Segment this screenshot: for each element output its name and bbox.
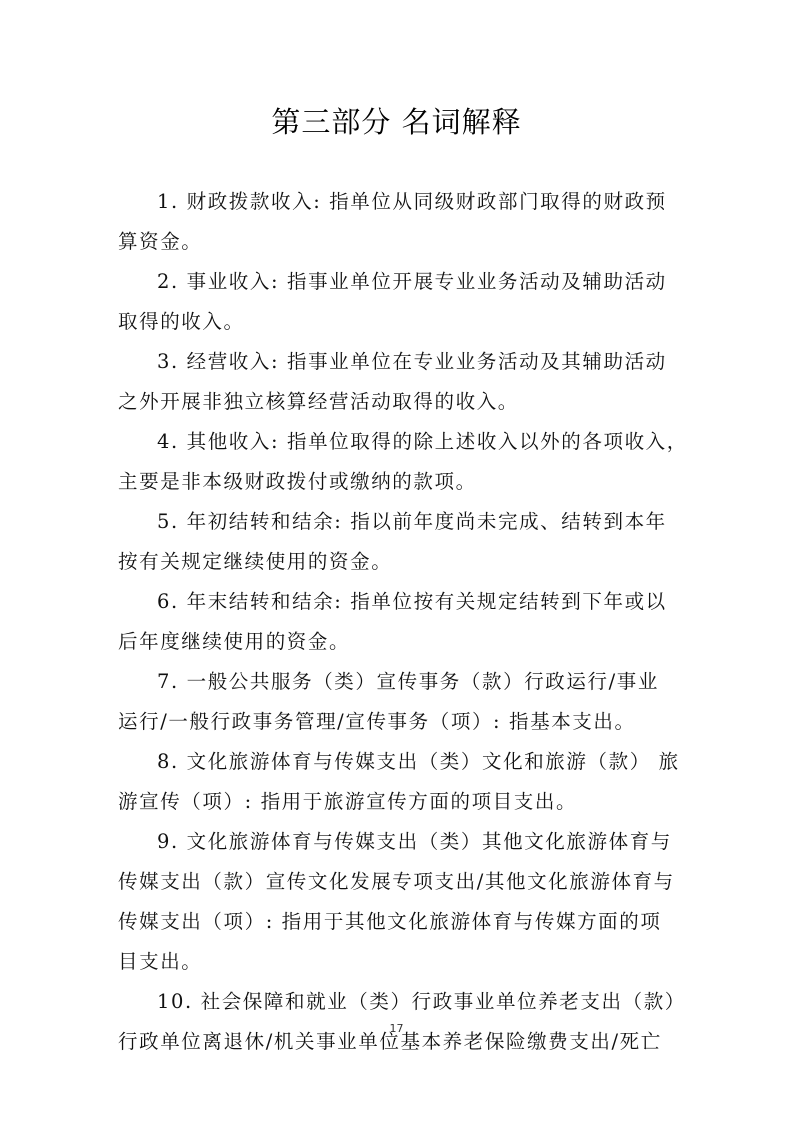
paragraph-line: 之外开展非独立核算经营活动取得的收入。: [118, 382, 678, 422]
paragraph-line: 4. 其他收入: 指单位取得的除上述收入以外的各项收入，: [118, 422, 678, 462]
paragraph-line: 算资金。: [118, 222, 678, 262]
page-title: 第三部分 名词解释: [0, 100, 793, 141]
paragraph-line: 6. 年末结转和结余: 指单位按有关规定结转到下年或以: [118, 582, 678, 622]
paragraph-line: 7. 一般公共服务（类）宣传事务（款）行政运行/事业: [118, 662, 678, 702]
paragraph-line: 运行/一般行政事务管理/宣传事务（项）: 指基本支出。: [118, 702, 678, 742]
paragraph-line: 10. 社会保障和就业（类）行政事业单位养老支出（款）: [118, 982, 678, 1022]
paragraph-line: 9. 文化旅游体育与传媒支出（类）其他文化旅游体育与: [118, 822, 678, 862]
paragraph-line: 3. 经营收入: 指事业单位在专业业务活动及其辅助活动: [118, 342, 678, 382]
definition-paragraph: 2. 事业收入: 指事业单位开展专业业务活动及辅助活动 取得的收入。: [118, 262, 678, 342]
definition-paragraph: 3. 经营收入: 指事业单位在专业业务活动及其辅助活动 之外开展非独立核算经营活…: [118, 342, 678, 422]
paragraph-line: 1. 财政拨款收入: 指单位从同级财政部门取得的财政预: [118, 182, 678, 222]
document-body: 1. 财政拨款收入: 指单位从同级财政部门取得的财政预 算资金。 2. 事业收入…: [118, 182, 678, 1062]
definition-paragraph: 1. 财政拨款收入: 指单位从同级财政部门取得的财政预 算资金。: [118, 182, 678, 262]
paragraph-line: 5. 年初结转和结余: 指以前年度尚未完成、结转到本年: [118, 502, 678, 542]
definition-paragraph: 9. 文化旅游体育与传媒支出（类）其他文化旅游体育与 传媒支出（款）宣传文化发展…: [118, 822, 678, 982]
paragraph-line: 取得的收入。: [118, 302, 678, 342]
paragraph-line: 按有关规定继续使用的资金。: [118, 542, 678, 582]
definition-paragraph: 8. 文化旅游体育与传媒支出（类）文化和旅游（款） 旅 游宣传（项）: 指用于旅…: [118, 742, 678, 822]
paragraph-line: 传媒支出（款）宣传文化发展专项支出/其他文化旅游体育与: [118, 862, 678, 902]
page-number: 17: [0, 1022, 793, 1035]
definition-paragraph: 7. 一般公共服务（类）宣传事务（款）行政运行/事业 运行/一般行政事务管理/宣…: [118, 662, 678, 742]
paragraph-line: 2. 事业收入: 指事业单位开展专业业务活动及辅助活动: [118, 262, 678, 302]
paragraph-line: 传媒支出（项）: 指用于其他文化旅游体育与传媒方面的项: [118, 902, 678, 942]
paragraph-line: 后年度继续使用的资金。: [118, 622, 678, 662]
paragraph-line: 主要是非本级财政拨付或缴纳的款项。: [118, 462, 678, 502]
definition-paragraph: 5. 年初结转和结余: 指以前年度尚未完成、结转到本年 按有关规定继续使用的资金…: [118, 502, 678, 582]
paragraph-line: 8. 文化旅游体育与传媒支出（类）文化和旅游（款） 旅: [118, 742, 678, 782]
paragraph-line: 目支出。: [118, 942, 678, 982]
paragraph-line: 游宣传（项）: 指用于旅游宣传方面的项目支出。: [118, 782, 678, 822]
definition-paragraph: 4. 其他收入: 指单位取得的除上述收入以外的各项收入， 主要是非本级财政拨付或…: [118, 422, 678, 502]
definition-paragraph: 6. 年末结转和结余: 指单位按有关规定结转到下年或以 后年度继续使用的资金。: [118, 582, 678, 662]
